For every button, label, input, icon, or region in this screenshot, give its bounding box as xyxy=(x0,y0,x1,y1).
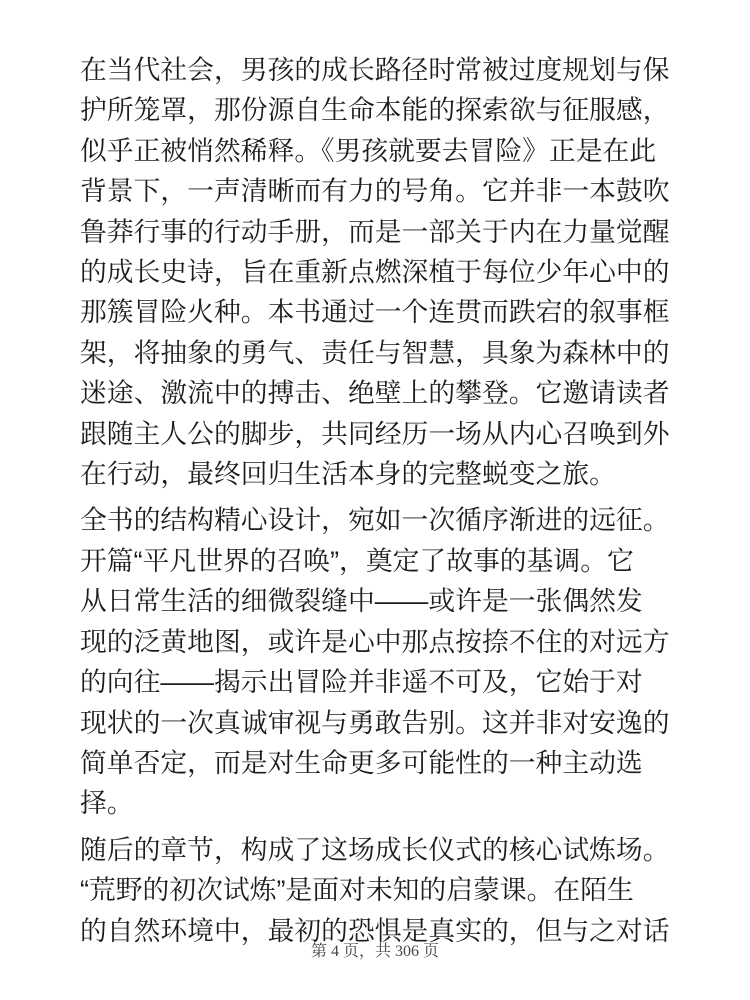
body-paragraph-3: 随后的章节，构成了这场成长仪式的核心试炼场。 “荒野的初次试炼”是面对未知的启蒙… xyxy=(80,830,696,951)
page-indicator: 第 4 页，共 306 页 xyxy=(311,943,439,960)
body-paragraph-2: 全书的结构精心设计，宛如一次循序渐进的远征。 开篇“平凡世界的召唤”，奠定了故事… xyxy=(80,500,696,823)
body-paragraph-1: 在当代社会，男孩的成长路径时常被过度规划与保 护所笼罩，那份源自生命本能的探索欲… xyxy=(80,50,696,494)
document-page: 在当代社会，男孩的成长路径时常被过度规划与保 护所笼罩，那份源自生命本能的探索欲… xyxy=(0,0,750,1000)
document-body: 在当代社会，男孩的成长路径时常被过度规划与保 护所笼罩，那份源自生命本能的探索欲… xyxy=(80,50,696,951)
page-footer: 第 4 页，共 306 页 xyxy=(0,940,750,964)
